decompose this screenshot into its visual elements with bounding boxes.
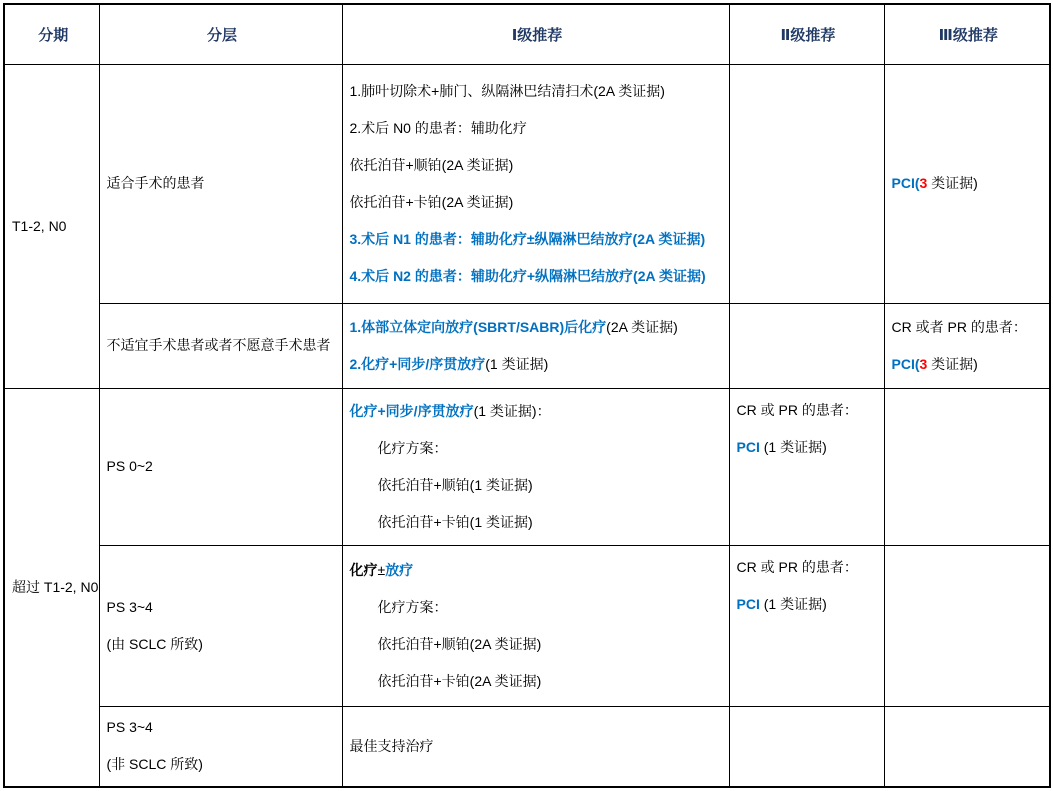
text-segment: PS 3~4 bbox=[107, 599, 153, 615]
table-header: 分期 分层 Ⅰ级推荐 Ⅱ级推荐 Ⅲ级推荐 bbox=[4, 4, 1050, 64]
cell-line: CR 或 PR 的患者： bbox=[737, 549, 880, 586]
text-segment: 2.术后 N0 的患者：辅助化疗 bbox=[350, 120, 527, 136]
cell-stage: 超过 T1-2, N0 bbox=[4, 388, 99, 787]
cell-line: 依托泊苷+卡铂(2A 类证据) bbox=[350, 663, 725, 700]
text-segment: T1-2, N0 bbox=[12, 218, 66, 234]
cell-stratum: PS 3~4(非 SCLC 所致) bbox=[99, 706, 342, 787]
text-segment: 1.肺叶切除术+肺门、纵隔淋巴结清扫术(2A 类证据) bbox=[350, 83, 665, 99]
text-segment: 1.体部立体定向放疗(SBRT/SABR)后化疗 bbox=[350, 319, 607, 335]
text-segment: 超过 T1-2, N0 bbox=[12, 579, 98, 595]
cell-rec2 bbox=[729, 64, 884, 303]
cell-rec2: CR 或 PR 的患者：PCI (1 类证据) bbox=[729, 545, 884, 706]
cell-line: 最佳支持治疗 bbox=[350, 728, 725, 765]
text-segment: PS 0~2 bbox=[107, 458, 153, 474]
column-header-stratum: 分层 bbox=[99, 4, 342, 64]
text-segment: 化疗 bbox=[350, 562, 378, 578]
cell-line: 4.术后 N2 的患者：辅助化疗+纵隔淋巴结放疗(2A 类证据) bbox=[350, 258, 725, 295]
cell-stage: T1-2, N0 bbox=[4, 64, 99, 388]
cell-line: PCI (1 类证据) bbox=[737, 586, 880, 623]
text-segment: CR 或者 PR 的患者： bbox=[892, 319, 1027, 335]
text-segment: 依托泊苷+顺铂(2A 类证据) bbox=[350, 157, 514, 173]
column-header-rec2: Ⅱ级推荐 bbox=[729, 4, 884, 64]
cell-rec1: 化疗±放疗化疗方案：依托泊苷+顺铂(2A 类证据)依托泊苷+卡铂(2A 类证据) bbox=[342, 545, 729, 706]
text-segment: CR 或 PR 的患者： bbox=[737, 559, 858, 575]
text-segment: 最佳支持治疗 bbox=[350, 738, 434, 754]
cell-rec2: CR 或 PR 的患者：PCI (1 类证据) bbox=[729, 388, 884, 545]
text-segment: PCI( bbox=[892, 356, 920, 372]
table-row: T1-2, N0适合手术的患者1.肺叶切除术+肺门、纵隔淋巴结清扫术(2A 类证… bbox=[4, 64, 1050, 303]
table-row: 超过 T1-2, N0PS 0~2化疗+同步/序贯放疗(1 类证据)：化疗方案：… bbox=[4, 388, 1050, 545]
cell-line: 2.化疗+同步/序贯放疗(1 类证据) bbox=[350, 346, 725, 383]
text-segment: 类证据) bbox=[927, 175, 978, 191]
cell-rec3: PCI(3 类证据) bbox=[884, 64, 1050, 303]
text-segment: 依托泊苷+卡铂(1 类证据) bbox=[378, 514, 533, 530]
text-segment: (非 SCLC 所致) bbox=[107, 756, 203, 772]
cell-line: 适合手术的患者 bbox=[107, 165, 338, 202]
cell-line: 依托泊苷+顺铂(2A 类证据) bbox=[350, 626, 725, 663]
cell-line: 1.体部立体定向放疗(SBRT/SABR)后化疗(2A 类证据) bbox=[350, 309, 725, 346]
cell-line: PS 0~2 bbox=[107, 448, 338, 485]
cell-line: CR 或 PR 的患者： bbox=[737, 392, 880, 429]
cell-rec3: CR 或者 PR 的患者：PCI(3 类证据) bbox=[884, 303, 1050, 388]
text-segment: PCI bbox=[737, 439, 760, 455]
text-segment: 不适宜手术患者或者不愿意手术患者 bbox=[107, 337, 331, 353]
cell-line: PCI(3 类证据) bbox=[892, 165, 1046, 202]
text-segment: CR 或 PR 的患者： bbox=[737, 402, 858, 418]
text-segment: 依托泊苷+卡铂(2A 类证据) bbox=[378, 673, 542, 689]
cell-line: (非 SCLC 所致) bbox=[107, 746, 338, 783]
text-segment: (1 类证据) bbox=[485, 356, 548, 372]
cell-rec1: 1.肺叶切除术+肺门、纵隔淋巴结清扫术(2A 类证据)2.术后 N0 的患者：辅… bbox=[342, 64, 729, 303]
cell-rec3 bbox=[884, 388, 1050, 545]
cell-rec3 bbox=[884, 545, 1050, 706]
text-segment: 化疗+同步/序贯放疗 bbox=[350, 403, 474, 419]
cell-line: PCI(3 类证据) bbox=[892, 346, 1046, 383]
text-segment: PCI bbox=[737, 596, 760, 612]
cell-line: 不适宜手术患者或者不愿意手术患者 bbox=[107, 327, 338, 364]
text-segment: (1 类证据) bbox=[760, 439, 827, 455]
cell-line: PS 3~4 bbox=[107, 709, 338, 746]
cell-line: 化疗+同步/序贯放疗(1 类证据)： bbox=[350, 393, 725, 430]
cell-rec1: 1.体部立体定向放疗(SBRT/SABR)后化疗(2A 类证据)2.化疗+同步/… bbox=[342, 303, 729, 388]
text-segment: (1 类证据) bbox=[760, 596, 827, 612]
text-segment: PCI( bbox=[892, 175, 920, 191]
table-row: PS 3~4(由 SCLC 所致)化疗±放疗化疗方案：依托泊苷+顺铂(2A 类证… bbox=[4, 545, 1050, 706]
text-segment: 4.术后 N2 的患者：辅助化疗+纵隔淋巴结放疗(2A 类证据) bbox=[350, 268, 706, 284]
cell-line: PS 3~4 bbox=[107, 589, 338, 626]
cell-rec1: 化疗+同步/序贯放疗(1 类证据)：化疗方案：依托泊苷+顺铂(1 类证据)依托泊… bbox=[342, 388, 729, 545]
text-segment: 依托泊苷+顺铂(1 类证据) bbox=[378, 477, 533, 493]
cell-stratum: 不适宜手术患者或者不愿意手术患者 bbox=[99, 303, 342, 388]
table-row: 不适宜手术患者或者不愿意手术患者1.体部立体定向放疗(SBRT/SABR)后化疗… bbox=[4, 303, 1050, 388]
cell-line: 化疗方案： bbox=[350, 589, 725, 626]
cell-line: 依托泊苷+顺铂(1 类证据) bbox=[350, 467, 725, 504]
cell-line: 3.术后 N1 的患者：辅助化疗±纵隔淋巴结放疗(2A 类证据) bbox=[350, 221, 725, 258]
cell-line: 依托泊苷+卡铂(2A 类证据) bbox=[350, 184, 725, 221]
cell-stratum: PS 3~4(由 SCLC 所致) bbox=[99, 545, 342, 706]
table-body: T1-2, N0适合手术的患者1.肺叶切除术+肺门、纵隔淋巴结清扫术(2A 类证… bbox=[4, 64, 1050, 787]
cell-stratum: PS 0~2 bbox=[99, 388, 342, 545]
column-header-rec3: Ⅲ级推荐 bbox=[884, 4, 1050, 64]
cell-line: 依托泊苷+顺铂(2A 类证据) bbox=[350, 147, 725, 184]
text-segment: 放疗 bbox=[385, 562, 413, 578]
table-row: PS 3~4(非 SCLC 所致)最佳支持治疗 bbox=[4, 706, 1050, 787]
column-header-rec1: Ⅰ级推荐 bbox=[342, 4, 729, 64]
cell-stratum: 适合手术的患者 bbox=[99, 64, 342, 303]
cell-line: (由 SCLC 所致) bbox=[107, 626, 338, 663]
cell-line: 化疗±放疗 bbox=[350, 552, 725, 589]
cell-line: 化疗方案： bbox=[350, 430, 725, 467]
text-segment: 适合手术的患者 bbox=[107, 175, 205, 191]
cell-line: PCI (1 类证据) bbox=[737, 429, 880, 466]
cell-line: 1.肺叶切除术+肺门、纵隔淋巴结清扫术(2A 类证据) bbox=[350, 73, 725, 110]
text-segment: 3.术后 N1 的患者：辅助化疗±纵隔淋巴结放疗(2A 类证据) bbox=[350, 231, 706, 247]
cell-line: 2.术后 N0 的患者：辅助化疗 bbox=[350, 110, 725, 147]
text-segment: 化疗方案： bbox=[378, 440, 448, 456]
text-segment: 2.化疗+同步/序贯放疗 bbox=[350, 356, 486, 372]
cell-line: T1-2, N0 bbox=[12, 208, 95, 245]
text-segment: (2A 类证据) bbox=[606, 319, 678, 335]
cell-rec2 bbox=[729, 303, 884, 388]
cell-line: CR 或者 PR 的患者： bbox=[892, 309, 1046, 346]
text-segment: (由 SCLC 所致) bbox=[107, 636, 203, 652]
text-segment: (1 类证据)： bbox=[474, 403, 551, 419]
text-segment: 依托泊苷+顺铂(2A 类证据) bbox=[378, 636, 542, 652]
cell-rec2 bbox=[729, 706, 884, 787]
text-segment: 类证据) bbox=[927, 356, 978, 372]
cell-rec1: 最佳支持治疗 bbox=[342, 706, 729, 787]
cell-line: 超过 T1-2, N0 bbox=[12, 569, 95, 606]
text-segment: PS 3~4 bbox=[107, 719, 153, 735]
text-segment: 依托泊苷+卡铂(2A 类证据) bbox=[350, 194, 514, 210]
header-row: 分期 分层 Ⅰ级推荐 Ⅱ级推荐 Ⅲ级推荐 bbox=[4, 4, 1050, 64]
cell-line: 依托泊苷+卡铂(1 类证据) bbox=[350, 504, 725, 541]
cell-rec3 bbox=[884, 706, 1050, 787]
column-header-stage: 分期 bbox=[4, 4, 99, 64]
text-segment: 化疗方案： bbox=[378, 599, 448, 615]
treatment-recommendation-table: 分期 分层 Ⅰ级推荐 Ⅱ级推荐 Ⅲ级推荐 T1-2, N0适合手术的患者1.肺叶… bbox=[3, 3, 1051, 788]
guideline-table-container: 分期 分层 Ⅰ级推荐 Ⅱ级推荐 Ⅲ级推荐 T1-2, N0适合手术的患者1.肺叶… bbox=[3, 3, 1050, 788]
